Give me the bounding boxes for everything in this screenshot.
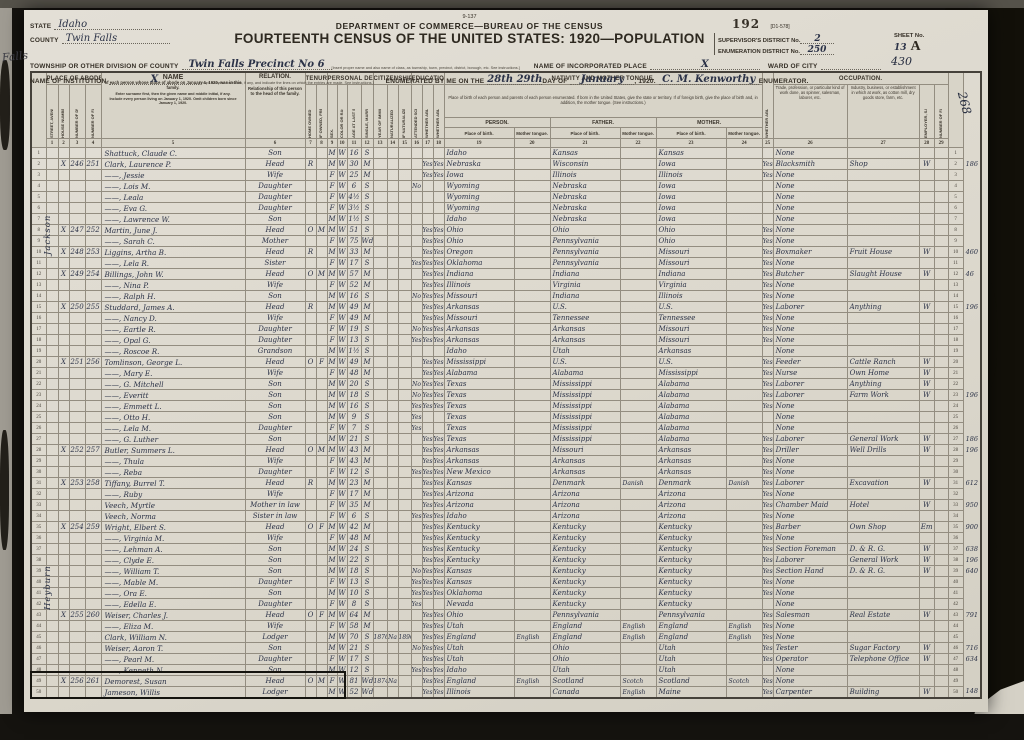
speaks-english: Yes (762, 401, 773, 412)
birthplace: Arkansas (444, 456, 514, 467)
father-birthplace: Canada (550, 687, 620, 699)
mother-mother-tongue (726, 269, 762, 280)
house-number: X (58, 247, 69, 258)
relation: Daughter (245, 599, 305, 610)
speaks-english: Yes (762, 225, 773, 236)
birthplace: Texas (444, 434, 514, 445)
incorporated-place-label: NAME OF INCORPORATED PLACE (534, 63, 647, 70)
employment-class: W (919, 302, 934, 313)
occupation: None (773, 467, 847, 478)
farm-schedule-cell (934, 313, 948, 324)
marital-status: S (361, 434, 373, 445)
family-number (85, 511, 101, 522)
marital-status: M (361, 500, 373, 511)
line-number: 18 (31, 335, 46, 346)
margin-note (963, 192, 981, 203)
occupation: Carpenter (773, 687, 847, 699)
mother-tongue: English (514, 632, 550, 643)
dwelling-number (69, 599, 85, 610)
attended-school (411, 632, 422, 643)
father-mother-tongue (620, 236, 656, 247)
right-line-number: 48 (948, 665, 963, 676)
right-line-number: 23 (948, 390, 963, 401)
employment-class (919, 412, 934, 423)
mother-birthplace: Alabama (656, 434, 726, 445)
father-birthplace: Kansas (550, 148, 620, 159)
can-write: Yes (433, 368, 444, 379)
page-number-scribble: 430 (891, 55, 912, 68)
naturalization-year (398, 203, 411, 214)
speaks-english: Yes (762, 676, 773, 687)
immigration-year (373, 291, 387, 302)
can-read: Yes (422, 225, 433, 236)
township-note: [Insert proper name and also name of cla… (332, 66, 520, 70)
mother-mother-tongue (726, 687, 762, 699)
speaks-english: Yes (762, 577, 773, 588)
speaks-english: Yes (762, 610, 773, 621)
naturalization-year (398, 302, 411, 313)
column-sex: SEX. (327, 85, 337, 139)
marital-status: S (361, 511, 373, 522)
dwelling-number: 252 (69, 445, 85, 456)
naturalization (387, 654, 398, 665)
employment-class (919, 632, 934, 643)
industry (847, 599, 919, 610)
can-read: Yes (422, 610, 433, 621)
marital-status: S (361, 467, 373, 478)
sex: F (327, 192, 337, 203)
street-cell (46, 390, 58, 401)
marital-status: M (361, 302, 373, 313)
speaks-english (762, 148, 773, 159)
speaks-english: Yes (762, 159, 773, 170)
employment-class (919, 588, 934, 599)
dwelling-number: 248 (69, 247, 85, 258)
right-line-number: 12 (948, 269, 963, 280)
naturalization-year (398, 192, 411, 203)
house-number (58, 214, 69, 225)
speaks-english (762, 192, 773, 203)
right-line-number: 5 (948, 192, 963, 203)
attended-school (411, 533, 422, 544)
marital-status: Wd (361, 687, 373, 699)
column-number: 8 (316, 139, 327, 148)
dwelling-number (69, 632, 85, 643)
family-number: 257 (85, 445, 101, 456)
attended-school (411, 170, 422, 181)
institution-value: X (109, 76, 199, 85)
relation: Head (245, 478, 305, 489)
margin-note (963, 203, 981, 214)
mother-birthplace: U.S. (656, 357, 726, 368)
table-row: 17——, Eartle R.DaughterFW19SNoYesYesArka… (31, 324, 981, 335)
father-mother-tongue (620, 170, 656, 181)
father-birthplace: Kentucky (550, 588, 620, 599)
house-number (58, 324, 69, 335)
column-house-number: HOUSE NUMBER OR FARM. (58, 85, 69, 139)
attended-school (411, 445, 422, 456)
family-number (85, 280, 101, 291)
farm-schedule-cell (934, 676, 948, 687)
dwelling-number (69, 258, 85, 269)
father-birthplace: Illinois (550, 170, 620, 181)
can-read (422, 346, 433, 357)
home-owned: R (305, 159, 316, 170)
father-birthplace: Utah (550, 346, 620, 357)
column-race: COLOR OR RACE. (337, 85, 347, 139)
street-cell (46, 621, 58, 632)
subheader-father: FATHER. (550, 118, 656, 128)
marital-status: S (361, 544, 373, 555)
enumerated-label: ENUMERATED BY ME ON THE (386, 78, 485, 85)
immigration-year (373, 346, 387, 357)
mother-tongue (514, 192, 550, 203)
attended-school (411, 302, 422, 313)
line-number: 1 (31, 148, 46, 159)
institution-label: NAME OF INSTITUTION (30, 78, 106, 85)
speaks-english: Yes (762, 434, 773, 445)
mother-birthplace: Missouri (656, 335, 726, 346)
naturalization-year (398, 445, 411, 456)
margin-note: 950 (963, 500, 981, 511)
street-cell (46, 302, 58, 313)
speaks-english: Yes (762, 511, 773, 522)
immigration-year (373, 192, 387, 203)
employment-class (919, 214, 934, 225)
marital-status: Wd (361, 676, 373, 687)
farm-schedule-cell (934, 632, 948, 643)
father-mother-tongue (620, 423, 656, 434)
mother-tongue (514, 379, 550, 390)
margin-note (963, 588, 981, 599)
family-number (85, 599, 101, 610)
street-cell (46, 313, 58, 324)
birthplace: Indiana (444, 269, 514, 280)
marital-status: S (361, 192, 373, 203)
birthplace: Idaho (444, 148, 514, 159)
right-line-number: 14 (948, 291, 963, 302)
age: 52 (347, 280, 361, 291)
mother-mother-tongue (726, 654, 762, 665)
table-row: 33Veech, MyrtleMother in lawFW35MYesYesA… (31, 500, 981, 511)
relation: Son (245, 401, 305, 412)
father-mother-tongue (620, 643, 656, 654)
street-name-annotation: Jackson (43, 160, 53, 255)
mother-birthplace: Alabama (656, 412, 726, 423)
naturalization-year (398, 324, 411, 335)
father-birthplace: Kentucky (550, 533, 620, 544)
county-value: Twin Falls (62, 34, 170, 44)
employment-class (919, 280, 934, 291)
table-row: 6——, Eva G.DaughterFW3½SWyomingNebraskaI… (31, 203, 981, 214)
naturalization (387, 258, 398, 269)
line-number: 21 (31, 368, 46, 379)
relation: Daughter (245, 192, 305, 203)
enumerator-label: ENUMERATOR. (759, 78, 809, 85)
can-write: Yes (433, 610, 444, 621)
family-number (85, 632, 101, 643)
age: 64 (347, 610, 361, 621)
naturalization (387, 214, 398, 225)
father-mother-tongue (620, 379, 656, 390)
race: W (337, 214, 347, 225)
marital-status: S (361, 346, 373, 357)
farm-schedule-cell (934, 401, 948, 412)
can-write: Yes (433, 247, 444, 258)
industry (847, 181, 919, 192)
can-write: Yes (433, 302, 444, 313)
right-line-number: 31 (948, 478, 963, 489)
marital-status: M (361, 445, 373, 456)
employment-class (919, 489, 934, 500)
occupation: None (773, 621, 847, 632)
birthplace: Iowa (444, 170, 514, 181)
naturalization-year (398, 346, 411, 357)
attended-school: Yes (411, 401, 422, 412)
naturalization (387, 687, 398, 699)
can-write: Yes (433, 170, 444, 181)
can-read: Yes (422, 676, 433, 687)
can-write (433, 346, 444, 357)
margin-note (963, 236, 981, 247)
home-owned (305, 291, 316, 302)
race: W (337, 401, 347, 412)
naturalization-year (398, 544, 411, 555)
relation: Head (245, 357, 305, 368)
attended-school (411, 456, 422, 467)
occupation: None (773, 346, 847, 357)
home-owned (305, 236, 316, 247)
occupation: Section Foreman (773, 544, 847, 555)
home-owned (305, 555, 316, 566)
sex: M (327, 247, 337, 258)
naturalization (387, 544, 398, 555)
mother-tongue (514, 621, 550, 632)
line-number: 17 (31, 324, 46, 335)
birthplace: Wyoming (444, 192, 514, 203)
margin-note (963, 368, 981, 379)
industry (847, 291, 919, 302)
column-number: 3 (69, 139, 85, 148)
relation: Lodger (245, 632, 305, 643)
farm-schedule-cell (934, 665, 948, 676)
father-birthplace: Pennsylvania (550, 610, 620, 621)
table-row: 2X246251Clark, Laurence P.HeadRMW30MYesY… (31, 159, 981, 170)
immigration-year (373, 390, 387, 401)
speaks-english: Yes (762, 236, 773, 247)
table-row: 15X250255Studdard, James A.HeadRMW49MYes… (31, 302, 981, 313)
family-number (85, 291, 101, 302)
naturalization-year (398, 159, 411, 170)
industry (847, 456, 919, 467)
line-number: 28 (31, 445, 46, 456)
sex: F (327, 489, 337, 500)
occupation: Laborer (773, 478, 847, 489)
dwelling-number: 253 (69, 478, 85, 489)
father-mother-tongue (620, 148, 656, 159)
naturalization (387, 313, 398, 324)
street-cell (46, 357, 58, 368)
employment-class (919, 203, 934, 214)
mortgage-status (316, 478, 327, 489)
immigration-year (373, 324, 387, 335)
margin-note (963, 676, 981, 687)
mother-tongue (514, 500, 550, 511)
right-line-number: 15 (948, 302, 963, 313)
subheader-person-pob: Place of birth. (444, 128, 514, 139)
person-name: Wright, Elbert S. (101, 522, 245, 533)
can-write (433, 181, 444, 192)
mother-tongue (514, 346, 550, 357)
right-line-number: 38 (948, 555, 963, 566)
mortgage-status (316, 588, 327, 599)
industry (847, 489, 919, 500)
house-number (58, 621, 69, 632)
home-owned (305, 500, 316, 511)
birthplace: Ohio (444, 610, 514, 621)
speaks-english: Yes (762, 687, 773, 699)
father-birthplace: Pennsylvania (550, 258, 620, 269)
subheader-person-tongue: Mother tongue. (514, 128, 550, 139)
mother-mother-tongue (726, 500, 762, 511)
birthplace: Kansas (444, 577, 514, 588)
right-line-number: 2 (948, 159, 963, 170)
person-name: ——, Eliza M. (101, 621, 245, 632)
marital-status: M (361, 357, 373, 368)
race: W (337, 192, 347, 203)
family-number (85, 533, 101, 544)
mother-tongue (514, 412, 550, 423)
employment-class: W (919, 368, 934, 379)
immigration-year (373, 610, 387, 621)
home-owned (305, 566, 316, 577)
household-bracket (30, 671, 346, 699)
year-label: , 1920. (634, 78, 655, 85)
speaks-english: Yes (762, 654, 773, 665)
person-name: ——, Sarah C. (101, 236, 245, 247)
can-write: Yes (433, 588, 444, 599)
relation: Wife (245, 489, 305, 500)
birthplace: Oklahoma (444, 258, 514, 269)
employment-class: W (919, 566, 934, 577)
house-number (58, 192, 69, 203)
can-read: Yes (422, 489, 433, 500)
street-cell (46, 258, 58, 269)
house-number (58, 280, 69, 291)
table-row: 3——, JessieWifeFW25MYesYesIowaIllinoisIl… (31, 170, 981, 181)
can-write (433, 148, 444, 159)
form-code: [D1-578] (771, 24, 790, 30)
speaks-english: Yes (762, 379, 773, 390)
employment-class (919, 225, 934, 236)
occupation: Section Hand (773, 566, 847, 577)
house-number (58, 379, 69, 390)
father-mother-tongue (620, 610, 656, 621)
naturalization-year (398, 467, 411, 478)
occupation: Blacksmith (773, 159, 847, 170)
birthplace: Oklahoma (444, 588, 514, 599)
employment-class (919, 665, 934, 676)
mother-tongue (514, 335, 550, 346)
family-number (85, 192, 101, 203)
can-read (422, 148, 433, 159)
industry: Telephone Office (847, 654, 919, 665)
street-cell (46, 346, 58, 357)
marital-status: M (361, 456, 373, 467)
immigration-year (373, 665, 387, 676)
naturalization (387, 390, 398, 401)
can-write: Yes (433, 379, 444, 390)
sex: F (327, 170, 337, 181)
table-row: 1Shattuck, Claude C.SonMW16SIdahoKansasK… (31, 148, 981, 159)
immigration-year (373, 368, 387, 379)
column-employment-class: EMPLOYER, SALARY OR WAGE WORKER, OR WORK… (919, 85, 934, 139)
naturalization-year (398, 357, 411, 368)
dwelling-number: 246 (69, 159, 85, 170)
table-row: 4——, Lois M.DaughterFW6SNoWyomingNebrask… (31, 181, 981, 192)
sex: F (327, 181, 337, 192)
house-number (58, 148, 69, 159)
name-note-3: Include every person living on January 1… (104, 97, 243, 105)
mother-tongue (514, 214, 550, 225)
immigration-year (373, 225, 387, 236)
birthplace: Texas (444, 401, 514, 412)
person-name: ——, Emmett L. (101, 401, 245, 412)
dwelling-number (69, 577, 85, 588)
can-read: Yes (422, 357, 433, 368)
can-read: Yes (422, 434, 433, 445)
father-mother-tongue: English (620, 621, 656, 632)
industry (847, 588, 919, 599)
family-number (85, 588, 101, 599)
mortgage-status (316, 456, 327, 467)
employment-class: Em (919, 522, 934, 533)
naturalization (387, 269, 398, 280)
person-name: ——, Roscoe R. (101, 346, 245, 357)
home-owned (305, 379, 316, 390)
dwelling-number (69, 500, 85, 511)
speaks-english: Yes (762, 489, 773, 500)
attended-school (411, 368, 422, 379)
sex: M (327, 302, 337, 313)
occupation: Feeder (773, 357, 847, 368)
mortgage-status (316, 324, 327, 335)
mother-mother-tongue: Scotch (726, 676, 762, 687)
attended-school (411, 346, 422, 357)
line-number: 30 (31, 467, 46, 478)
father-birthplace: Kentucky (550, 544, 620, 555)
industry: Hotel (847, 500, 919, 511)
farm-schedule-cell (934, 610, 948, 621)
can-read (422, 412, 433, 423)
can-write: Yes (433, 434, 444, 445)
birthplace: Oregon (444, 247, 514, 258)
home-owned (305, 632, 316, 643)
farm-schedule-cell (934, 170, 948, 181)
marital-status: S (361, 423, 373, 434)
home-owned: R (305, 302, 316, 313)
table-row: 35X254259Wright, Elbert S.HeadOFMW42MYes… (31, 522, 981, 533)
person-name: Billings, John W. (101, 269, 245, 280)
table-row: 30——, RebaDaughterFW12SYesYesYesNew Mexi… (31, 467, 981, 478)
employment-class (919, 181, 934, 192)
home-owned (305, 258, 316, 269)
birthplace: Idaho (444, 665, 514, 676)
industry (847, 401, 919, 412)
father-birthplace: Arizona (550, 500, 620, 511)
marital-status: M (361, 247, 373, 258)
home-owned (305, 170, 316, 181)
